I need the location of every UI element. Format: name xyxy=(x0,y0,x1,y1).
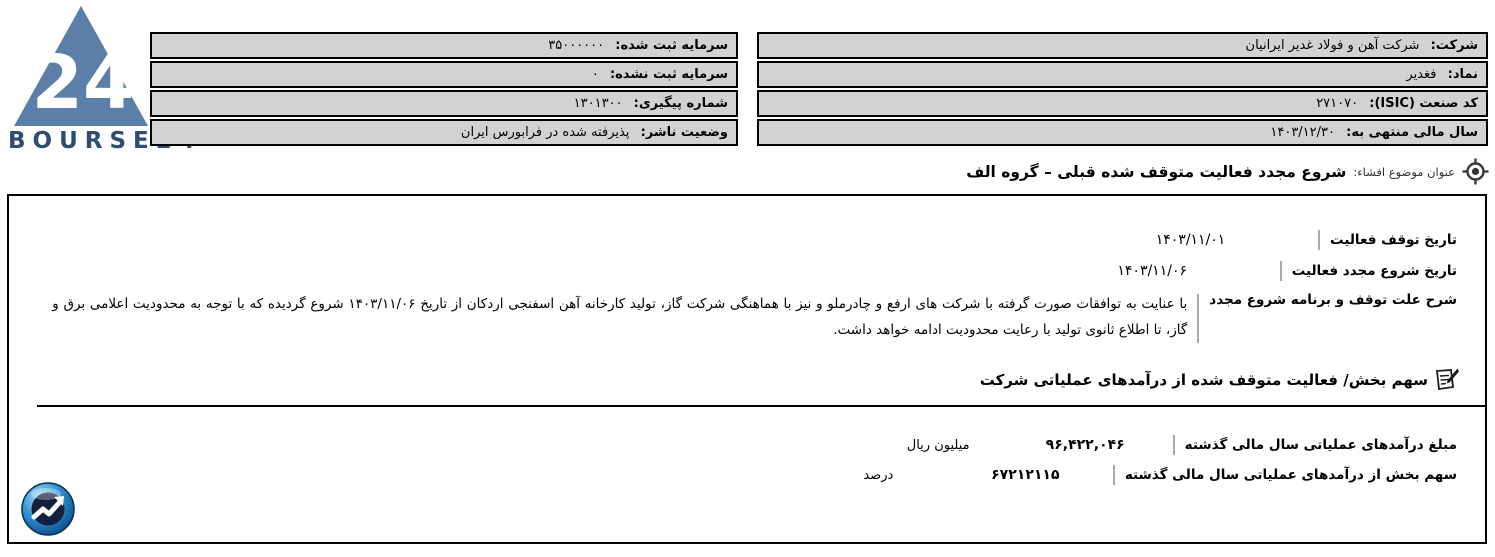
row-value: ۰ xyxy=(592,67,599,82)
revenue-share-value: ۶۷۲۱۲۱۱۵ xyxy=(948,467,1103,483)
table-row-issuer-status: وضعیت ناشر: پذیرفته شده در فرابورس ایران xyxy=(150,119,738,146)
reason-description-label: شرح علت توقف و برنامه شروع مجدد xyxy=(1209,292,1457,308)
table-row-tracking-number: شماره پیگیری: ۱۳۰۱۳۰۰ xyxy=(150,90,738,117)
bourse24-wordmark: BOURSE24 xyxy=(8,128,153,154)
trend-badge-icon xyxy=(21,482,75,540)
column-divider xyxy=(1318,230,1320,250)
restart-date-label: تاریخ شروع مجدد فعالیت xyxy=(1292,263,1457,279)
row-value: ۱۴۰۳/۱۲/۳۰ xyxy=(1270,125,1335,140)
section-divider-line xyxy=(37,405,1485,407)
stop-date-label: تاریخ توقف فعالیت xyxy=(1330,232,1457,248)
revenue-share-row: سهم بخش از درآمدهای عملیاتی سال مالی گذش… xyxy=(9,465,1485,485)
stop-date-value: ۱۴۰۳/۱۱/۰۱ xyxy=(1073,232,1308,248)
revenue-amount-unit: میلیون ریال xyxy=(881,438,996,453)
revenue-amount-label: مبلغ درآمدهای عملیاتی سال مالی گذشته xyxy=(1185,437,1457,453)
revenue-share-unit: درصد xyxy=(821,468,936,483)
disclosure-subject-prefix: عنوان موضوع افشاء: xyxy=(1353,165,1455,179)
company-table: شرکت: شرکت آهن و فولاد غدیر ایرانیان نما… xyxy=(757,32,1488,148)
column-divider xyxy=(1113,465,1115,485)
table-row-company-name: شرکت: شرکت آهن و فولاد غدیر ایرانیان xyxy=(757,32,1488,59)
row-value: ۱۳۰۱۳۰۰ xyxy=(574,96,623,111)
table-row-registered-capital: سرمایه ثبت شده: ۳۵۰۰۰۰۰۰ xyxy=(150,32,738,59)
revenue-share-label: سهم بخش از درآمدهای عملیاتی سال مالی گذش… xyxy=(1125,467,1457,483)
stop-date-row: تاریخ توقف فعالیت ۱۴۰۳/۱۱/۰۱ xyxy=(9,230,1485,250)
row-label: سرمایه ثبت شده: xyxy=(615,38,728,53)
revenue-amount-value: ۹۶,۴۲۲,۰۴۶ xyxy=(1008,437,1163,453)
restart-date-row: تاریخ شروع مجدد فعالیت ۱۴۰۳/۱۱/۰۶ xyxy=(9,261,1485,281)
table-row-unregistered-capital: سرمایه ثبت نشده: ۰ xyxy=(150,61,738,88)
revenue-section-header: سهم بخش/ فعالیت متوقف شده از درآمدهای عم… xyxy=(9,367,1459,392)
row-value: ۳۵۰۰۰۰۰۰ xyxy=(548,38,604,53)
row-value: پذیرفته شده در فرابورس ایران xyxy=(461,125,630,140)
column-divider xyxy=(1197,294,1199,343)
row-label: نماد: xyxy=(1448,67,1478,82)
row-value: شرکت آهن و فولاد غدیر ایرانیان xyxy=(1246,38,1420,53)
bourse24-logo: 24 BOURSE24 xyxy=(8,4,153,154)
row-label: شرکت: xyxy=(1431,38,1478,53)
disclosure-subject-title: شروع مجدد فعالیت متوقف شده قبلی – گروه ا… xyxy=(966,163,1346,181)
meta-table: سرمایه ثبت شده: ۳۵۰۰۰۰۰۰ سرمایه ثبت نشده… xyxy=(150,32,738,148)
row-value: فغدیر xyxy=(1406,67,1436,82)
revenue-amount-row: مبلغ درآمدهای عملیاتی سال مالی گذشته ۹۶,… xyxy=(9,435,1485,455)
page: 24 BOURSE24 سرمایه ثبت شده: ۳۵۰۰۰۰۰۰ سرم… xyxy=(0,0,1495,557)
disclosure-panel: تاریخ توقف فعالیت ۱۴۰۳/۱۱/۰۱ تاریخ شروع … xyxy=(7,194,1487,544)
restart-date-value: ۱۴۰۳/۱۱/۰۶ xyxy=(1035,263,1270,279)
crosshair-target-icon xyxy=(1462,158,1489,185)
disclosure-title-line: عنوان موضوع افشاء: شروع مجدد فعالیت متوق… xyxy=(966,158,1489,185)
reason-description-row: شرح علت توقف و برنامه شروع مجدد با عنایت… xyxy=(9,292,1485,343)
table-row-ticker-symbol: نماد: فغدیر xyxy=(757,61,1488,88)
row-label: وضعیت ناشر: xyxy=(641,125,728,140)
memo-pencil-icon xyxy=(1434,367,1459,392)
bourse24-triangle-icon: 24 xyxy=(10,4,152,128)
row-label: کد صنعت (ISIC): xyxy=(1369,96,1478,111)
row-value: ۲۷۱۰۷۰ xyxy=(1316,96,1358,111)
reason-description-text: با عنایت به توافقات صورت گرفته با شرکت ه… xyxy=(52,292,1187,343)
table-row-isic-code: کد صنعت (ISIC): ۲۷۱۰۷۰ xyxy=(757,90,1488,117)
revenue-section-title: سهم بخش/ فعالیت متوقف شده از درآمدهای عم… xyxy=(980,371,1428,389)
table-row-fiscal-year-end: سال مالی منتهی به: ۱۴۰۳/۱۲/۳۰ xyxy=(757,119,1488,146)
column-divider xyxy=(1173,435,1175,455)
column-divider xyxy=(1280,261,1282,281)
row-label: سال مالی منتهی به: xyxy=(1346,125,1478,140)
row-label: سرمایه ثبت نشده: xyxy=(610,67,728,82)
svg-text:24: 24 xyxy=(31,40,134,126)
row-label: شماره پیگیری: xyxy=(634,96,728,111)
